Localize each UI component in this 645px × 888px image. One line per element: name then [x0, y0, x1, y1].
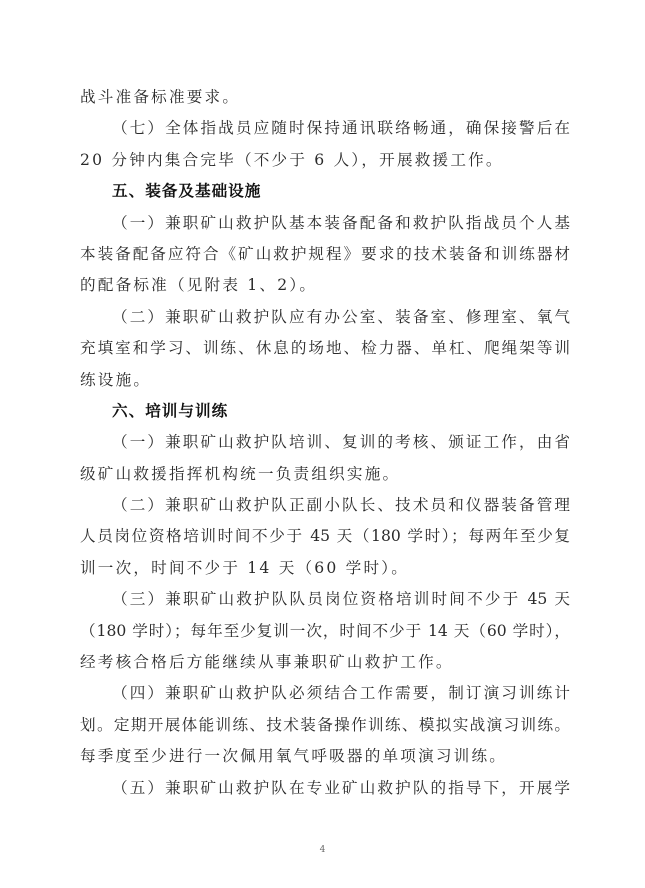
document-page: 战斗准备标准要求。 （七）全体指战员应随时保持通讯联络畅通，确保接警后在 20 …: [80, 82, 570, 804]
paragraph-6-5-start: （五）兼职矿山救护队在专业矿山救护队的指导下，开展学: [80, 773, 570, 804]
paragraph-6-1-start: （一）兼职矿山救护队培训、复训的考核、颁证工作，由省: [80, 427, 570, 458]
body-text-line: 战斗准备标准要求。: [80, 82, 570, 113]
body-text-line: 的配备标准（见附表 1、2）。: [80, 270, 570, 301]
body-text-line: 划。定期开展体能训练、技术装备操作训练、模拟实战演习训练。: [80, 710, 570, 741]
body-text-line: 每季度至少进行一次佩用氧气呼吸器的单项演习训练。: [80, 741, 570, 772]
body-text-line: 本装备配备应符合《矿山救护规程》要求的技术装备和训练器材: [80, 239, 570, 270]
body-text-line: 练设施。: [80, 365, 570, 396]
paragraph-6-3-start: （三）兼职矿山救护队队员岗位资格培训时间不少于 45 天: [80, 584, 570, 615]
section-heading-5: 五、装备及基础设施: [80, 176, 570, 207]
paragraph-7-start: （七）全体指战员应随时保持通讯联络畅通，确保接警后在: [80, 113, 570, 144]
body-text-line: 经考核合格后方能继续从事兼职矿山救护工作。: [80, 647, 570, 678]
paragraph-5-2-start: （二）兼职矿山救护队应有办公室、装备室、修理室、氧气: [80, 302, 570, 333]
body-text-line: 人员岗位资格培训时间不少于 45 天（180 学时）；每两年至少复: [80, 521, 570, 552]
body-text-line: 级矿山救援指挥机构统一负责组织实施。: [80, 459, 570, 490]
body-text-line: 充填室和学习、训练、休息的场地、检力器、单杠、爬绳架等训: [80, 333, 570, 364]
paragraph-6-2-start: （二）兼职矿山救护队正副小队长、技术员和仪器装备管理: [80, 490, 570, 521]
section-heading-6: 六、培训与训练: [80, 396, 570, 427]
paragraph-5-1-start: （一）兼职矿山救护队基本装备配备和救护队指战员个人基: [80, 208, 570, 239]
page-number: 4: [0, 845, 645, 855]
body-text-line: 训一次，时间不少于 14 天（60 学时）。: [80, 553, 570, 584]
body-text-line: 20 分钟内集合完毕（不少于 6 人），开展救援工作。: [80, 145, 570, 176]
body-text-line: （180 学时）；每年至少复训一次，时间不少于 14 天（60 学时），: [80, 616, 570, 647]
paragraph-6-4-start: （四）兼职矿山救护队必须结合工作需要，制订演习训练计: [80, 678, 570, 709]
